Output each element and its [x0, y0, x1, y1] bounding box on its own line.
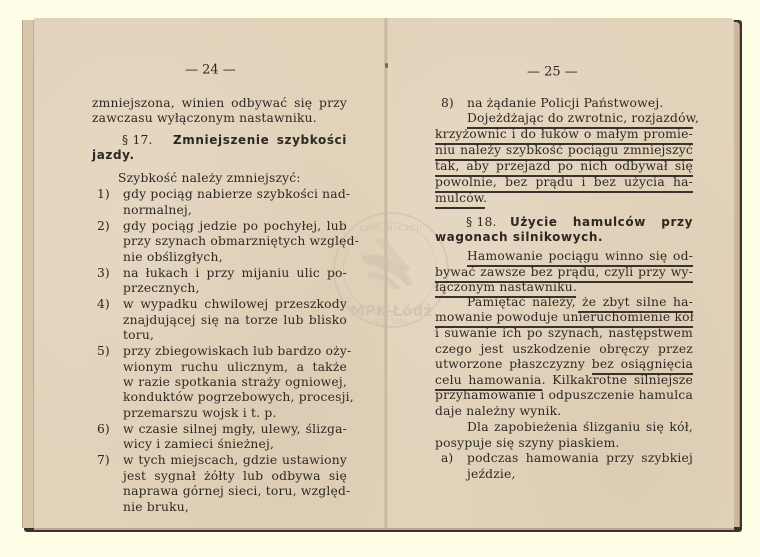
list-item-line: w czasie silnej mgły, ulewy, ślizga-: [123, 422, 347, 436]
list-item-line: jest sygnał żółty lub odbywa się: [123, 469, 347, 483]
watermark-year: A.D. 2006: [335, 318, 447, 326]
underlined-text-line: Dojeżdżając do zwrotnic, rozjazdów,: [467, 111, 693, 125]
section-title-continued: jazdy.: [92, 148, 135, 162]
list-number: 1): [97, 187, 110, 201]
text-line: zmniejszona, winien odbywać się przy: [92, 96, 347, 110]
underlined-text-line: mulców.: [435, 191, 487, 205]
text-line: czego jest uszkodzenie obręczy przez: [435, 342, 693, 356]
list-item-line: przemarszu wojsk i t. p.: [123, 406, 277, 420]
text-line: Dla zapobieżenia ślizganiu się kół,: [467, 420, 693, 434]
underlined-text-line: krzyżownic i do łuków o małym promie-: [435, 127, 693, 141]
list-number: 8): [441, 96, 454, 110]
list-item-line: na żądanie Policji Państwowej.: [467, 96, 663, 110]
text-line: i suwanie ich po szynach, następstwem: [435, 326, 693, 340]
section-title: Zmniejszenie szybkości: [173, 133, 347, 147]
pencil-underline: [435, 207, 485, 209]
list-number: 2): [97, 219, 110, 233]
list-item-line: wicy i zamieci śnieżnej,: [123, 437, 274, 451]
underlined-text-line: powolnie, bez prądu i bez użycia ha-: [435, 175, 693, 189]
text-line: przyhamowanie i odpuszczenie hamulca: [435, 388, 693, 402]
list-item-line: przecznych,: [123, 281, 200, 295]
list-item-line: znajdującej się na torze lub blisko: [123, 313, 347, 327]
text-line: Pamiętać należy, że zbyt silne ha-: [467, 295, 693, 309]
list-item-line: toru,: [123, 328, 154, 342]
text-line: zawczasu wyłączonym nastawniku.: [92, 111, 317, 125]
page-number-right: — 25 —: [527, 65, 578, 80]
list-number: 5): [97, 344, 110, 358]
text-line: celu hamowania. Kilkakrotne silniejsze: [435, 373, 693, 387]
page-number-left: — 24 —: [185, 63, 236, 78]
text-line: posypuje się szyny piaskiem.: [435, 436, 620, 450]
list-number: 4): [97, 297, 110, 311]
bird-logo-icon: [355, 234, 427, 296]
list-item-line: w razie spotkania straży ogniowej,: [123, 375, 347, 389]
underlined-text-line: tak, aby przejazd po nich odbywał się: [435, 159, 693, 173]
section-number: § 17.: [122, 133, 153, 147]
list-item-line: nie obślizgłych,: [123, 250, 223, 264]
list-item-line: normalnej,: [123, 203, 192, 217]
binding-staple: [385, 63, 388, 68]
list-intro: Szybkość należy zmniejszyć:: [118, 171, 301, 185]
list-number: 3): [97, 266, 110, 280]
list-item-line: gdy pociąg nabierze szybkości nad-: [123, 187, 347, 201]
list-item-line: jeździe,: [467, 467, 516, 481]
mpk-lodz-watermark: KOMUNIKACJI MPK-Łódź A.D. 2006: [333, 212, 449, 328]
watermark-arc-text: KOMUNIKACJI: [335, 224, 447, 233]
list-item-line: naprawa górnej sieci, toru, względ-: [123, 484, 347, 498]
underlined-text-line: Hamowanie pociągu winno się od-: [467, 249, 693, 263]
section-title-continued: wagonach silnikowych.: [435, 230, 603, 244]
list-item-line: przy zbiegowiskach lub bardzo oży-: [123, 344, 347, 358]
list-item-line: nie bruku,: [123, 500, 189, 514]
text-line: utworzone płaszczyzny bez osiągnięcia: [435, 357, 693, 371]
list-number: 7): [97, 453, 110, 467]
right-page-stack-edge: [734, 22, 740, 527]
underlined-text-line: niu należy szybkość pociągu zmniejszyć: [435, 143, 693, 157]
section-number: § 18.: [466, 215, 497, 229]
list-item-line: przy szynach obmarzniętych względ-: [123, 234, 347, 248]
underlined-text-line: mowanie powoduje unieruchomienie kół: [435, 310, 693, 324]
list-number: a): [441, 451, 453, 465]
list-item-line: w wypadku chwilowej przeszkody: [123, 297, 347, 311]
list-item-line: gdy pociąg jedzie po pochyłej, lub: [123, 219, 347, 233]
list-item-line: w tych miejscach, gdzie ustawiony: [123, 453, 347, 467]
text-line: daje należny wynik.: [435, 404, 561, 418]
list-number: 6): [97, 422, 110, 436]
list-item-line: konduktów pogrzebowych, procesji,: [123, 390, 347, 404]
list-item-line: wionym ruchu ulicznym, a także: [123, 360, 347, 374]
list-item-line: na łukach i przy mijaniu ulic po-: [123, 266, 347, 280]
underlined-text-line: bywać zawsze bez prądu, czyli przy wy-: [435, 265, 693, 279]
section-title: Użycie hamulców przy: [510, 215, 693, 229]
list-item-line: podczas hamowania przy szybkiej: [467, 451, 693, 465]
underlined-text-line: łączonym nastawniku.: [435, 280, 577, 294]
